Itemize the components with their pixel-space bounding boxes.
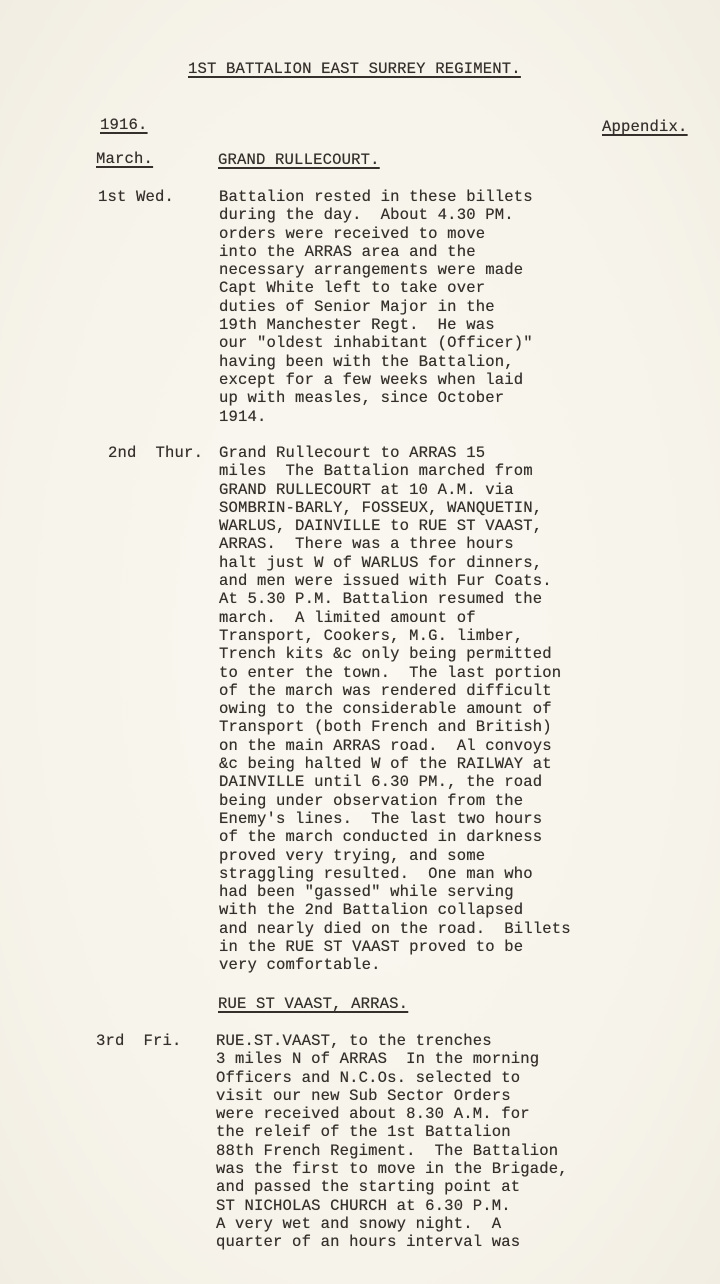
text-line: A very wet and snowy night. A xyxy=(216,1215,568,1233)
entry-body-1st: Battalion rested in these billetsduring … xyxy=(219,188,533,426)
text-line: DAINVILLE until 6.30 PM., the road xyxy=(219,773,571,791)
text-line: miles The Battalion marched from xyxy=(219,462,571,480)
text-line: duties of Senior Major in the xyxy=(219,298,533,316)
text-line: Battalion rested in these billets xyxy=(219,188,533,206)
text-line: our "oldest inhabitant (Officer)" xyxy=(219,334,533,352)
text-line: except for a few weeks when laid xyxy=(219,371,533,389)
text-line: up with measles, since October xyxy=(219,389,533,407)
appendix-label: Appendix. xyxy=(602,118,688,136)
text-line: orders were received to move xyxy=(219,225,533,243)
text-line: Transport, Cookers, M.G. limber, xyxy=(219,627,571,645)
month-heading: March. xyxy=(96,150,153,168)
entry-body-2nd: Grand Rullecourt to ARRAS 15miles The Ba… xyxy=(219,444,571,975)
text-line: ST NICHOLAS CHURCH at 6.30 P.M. xyxy=(216,1197,568,1215)
text-line: Enemy's lines. The last two hours xyxy=(219,810,571,828)
text-line: Transport (both French and British) xyxy=(219,718,571,736)
text-line: 3 miles N of ARRAS In the morning xyxy=(216,1050,568,1068)
text-line: straggling resulted. One man who xyxy=(219,865,571,883)
text-line: and nearly died on the road. Billets xyxy=(219,920,571,938)
location-heading-grand-rullecourt: GRAND RULLECOURT. xyxy=(218,151,380,169)
year-heading: 1916. xyxy=(100,116,148,134)
text-line: &c being halted W of the RAILWAY at xyxy=(219,755,571,773)
text-line: very comfortable. xyxy=(219,956,571,974)
text-line: on the main ARRAS road. Al convoys xyxy=(219,737,571,755)
text-line: and passed the starting point at xyxy=(216,1178,568,1196)
document-page: 1ST BATTALION EAST SURREY REGIMENT. 1916… xyxy=(0,0,720,1284)
document-title: 1ST BATTALION EAST SURREY REGIMENT. xyxy=(188,60,521,78)
text-line: into the ARRAS area and the xyxy=(219,243,533,261)
text-line: Capt White left to take over xyxy=(219,279,533,297)
text-line: the releif of the 1st Battalion xyxy=(216,1123,568,1141)
entry-date-1st: 1st Wed. xyxy=(98,188,174,206)
text-line: WARLUS, DAINVILLE to RUE ST VAAST, xyxy=(219,517,571,535)
text-line: during the day. About 4.30 PM. xyxy=(219,206,533,224)
text-line: GRAND RULLECOURT at 10 A.M. via xyxy=(219,481,571,499)
location-heading-rue-st-vaast: RUE ST VAAST, ARRAS. xyxy=(218,995,408,1013)
text-line: At 5.30 P.M. Battalion resumed the xyxy=(219,590,571,608)
entry-date-2nd: 2nd Thur. xyxy=(108,444,203,462)
text-line: Trench kits &c only being permitted xyxy=(219,645,571,663)
text-line: had been "gassed" while serving xyxy=(219,883,571,901)
text-line: 1914. xyxy=(219,408,533,426)
text-line: being under observation from the xyxy=(219,792,571,810)
text-line: necessary arrangements were made xyxy=(219,261,533,279)
text-line: Grand Rullecourt to ARRAS 15 xyxy=(219,444,571,462)
text-line: 19th Manchester Regt. He was xyxy=(219,316,533,334)
text-line: to enter the town. The last portion xyxy=(219,664,571,682)
text-line: was the first to move in the Brigade, xyxy=(216,1160,568,1178)
text-line: of the march was rendered difficult xyxy=(219,682,571,700)
text-line: visit our new Sub Sector Orders xyxy=(216,1087,568,1105)
text-line: SOMBRIN-BARLY, FOSSEUX, WANQUETIN, xyxy=(219,499,571,517)
text-line: 88th French Regiment. The Battalion xyxy=(216,1142,568,1160)
text-line: with the 2nd Battalion collapsed xyxy=(219,901,571,919)
text-line: ARRAS. There was a three hours xyxy=(219,535,571,553)
text-line: march. A limited amount of xyxy=(219,609,571,627)
text-line: were received about 8.30 A.M. for xyxy=(216,1105,568,1123)
text-line: and men were issued with Fur Coats. xyxy=(219,572,571,590)
text-line: having been with the Battalion, xyxy=(219,353,533,371)
entry-date-3rd: 3rd Fri. xyxy=(96,1032,182,1050)
text-line: in the RUE ST VAAST proved to be xyxy=(219,938,571,956)
text-line: quarter of an hours interval was xyxy=(216,1233,568,1251)
entry-body-3rd: RUE.ST.VAAST, to the trenches3 miles N o… xyxy=(216,1032,568,1252)
text-line: owing to the considerable amount of xyxy=(219,700,571,718)
text-line: Officers and N.C.Os. selected to xyxy=(216,1069,568,1087)
text-line: halt just W of WARLUS for dinners, xyxy=(219,554,571,572)
text-line: proved very trying, and some xyxy=(219,847,571,865)
text-line: of the march conducted in darkness xyxy=(219,828,571,846)
text-line: RUE.ST.VAAST, to the trenches xyxy=(216,1032,568,1050)
